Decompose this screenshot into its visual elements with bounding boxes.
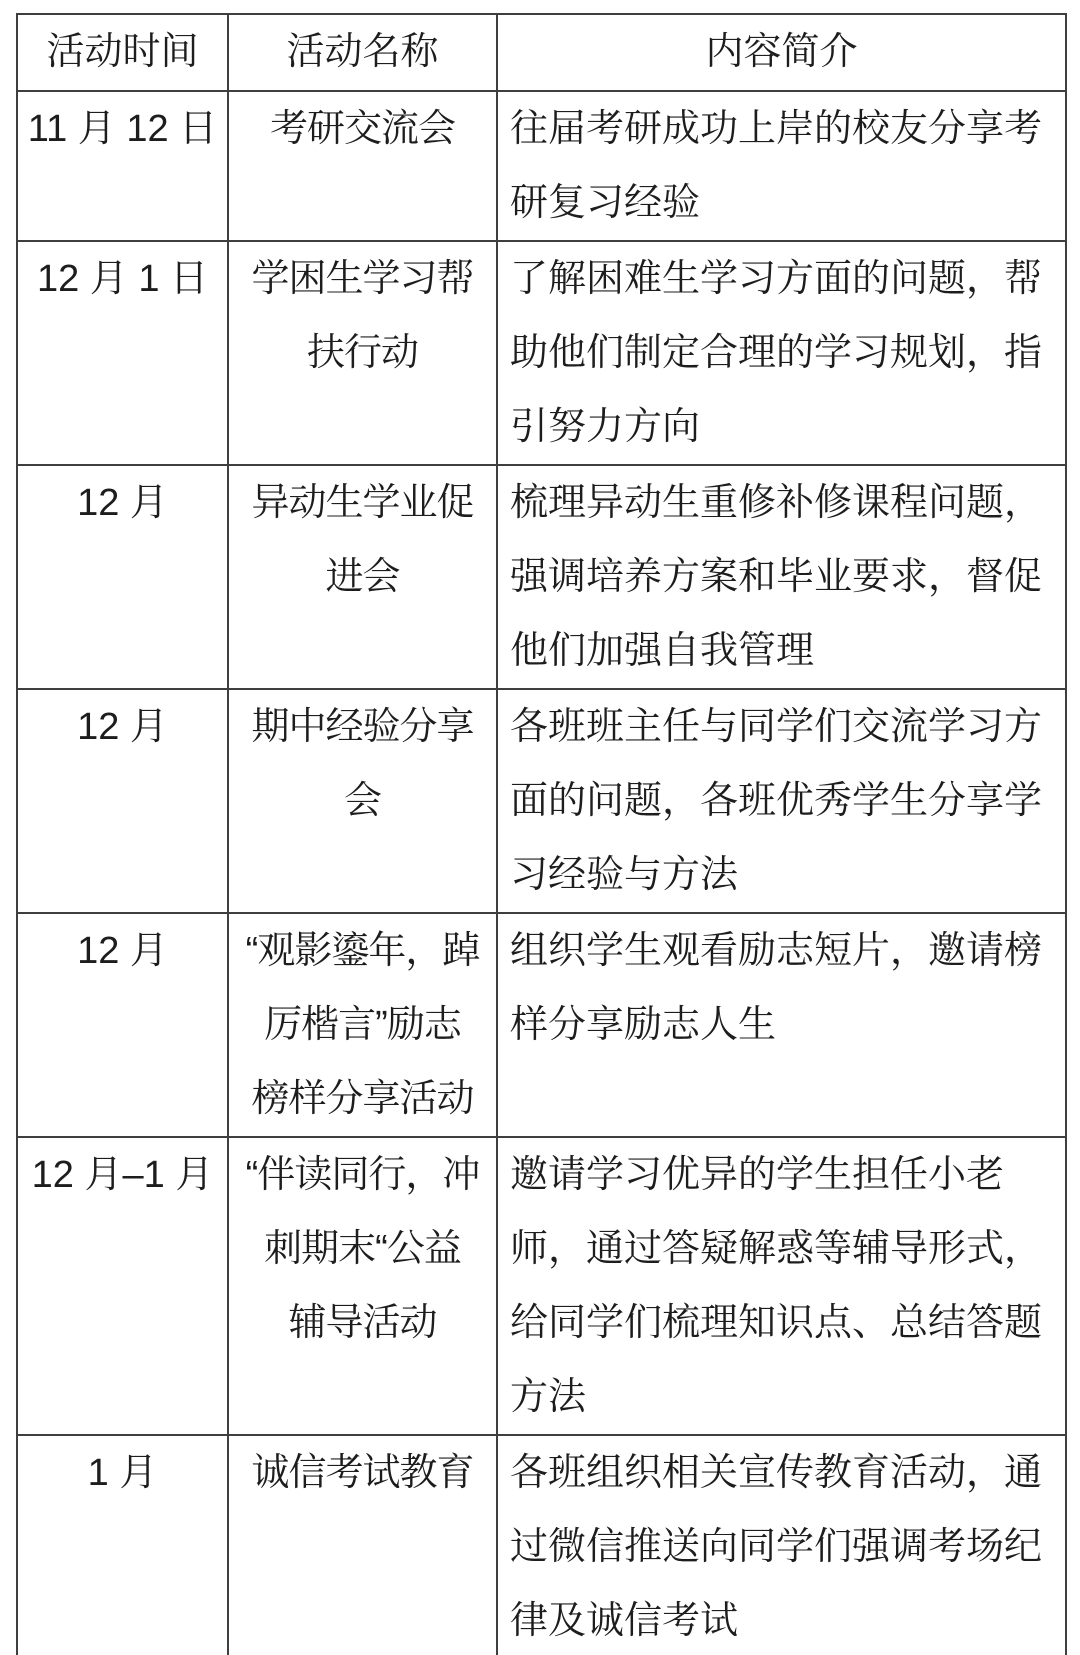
cell-activity-name: 诚信考试教育 (228, 1435, 497, 1655)
cell-activity-name: “观影鎏年，踔 厉楷言”励志 榜样分享活动 (228, 913, 497, 1137)
table-row: 12 月–1 月 “伴读同行，冲 刺期末“公益 辅导活动 邀请学习优异的学生担任… (17, 1137, 1066, 1435)
cell-activity-time: 12 月 (17, 913, 228, 1137)
header-content-intro: 内容简介 (497, 14, 1066, 91)
table-row: 1 月 诚信考试教育 各班组织相关宣传教育活动，通 过微信推送向同学们强调考场纪… (17, 1435, 1066, 1655)
document-page: 活动时间 活动名称 内容简介 11 月 12 日 考研交流会 往届考研成功上岸的… (0, 0, 1080, 1655)
table-row: 11 月 12 日 考研交流会 往届考研成功上岸的校友分享考 研复习经验 (17, 91, 1066, 241)
cell-activity-time: 12 月 1 日 (17, 241, 228, 465)
cell-activity-time: 12 月 (17, 689, 228, 913)
header-row: 活动时间 活动名称 内容简介 (17, 14, 1066, 91)
cell-activity-name: “伴读同行，冲 刺期末“公益 辅导活动 (228, 1137, 497, 1435)
cell-activity-desc: 组织学生观看励志短片，邀请榜 样分享励志人生 (497, 913, 1066, 1137)
cell-activity-time: 12 月 (17, 465, 228, 689)
cell-activity-time: 11 月 12 日 (17, 91, 228, 241)
cell-activity-name: 期中经验分享 会 (228, 689, 497, 913)
cell-activity-time: 12 月–1 月 (17, 1137, 228, 1435)
table-row: 12 月 期中经验分享 会 各班班主任与同学们交流学习方 面的问题，各班优秀学生… (17, 689, 1066, 913)
table-row: 12 月 “观影鎏年，踔 厉楷言”励志 榜样分享活动 组织学生观看励志短片，邀请… (17, 913, 1066, 1137)
cell-activity-desc: 各班班主任与同学们交流学习方 面的问题，各班优秀学生分享学 习经验与方法 (497, 689, 1066, 913)
cell-activity-name: 学困生学习帮 扶行动 (228, 241, 497, 465)
activity-schedule-table: 活动时间 活动名称 内容简介 11 月 12 日 考研交流会 往届考研成功上岸的… (16, 13, 1067, 1655)
cell-activity-name: 考研交流会 (228, 91, 497, 241)
cell-activity-desc: 梳理异动生重修补修课程问题， 强调培养方案和毕业要求，督促 他们加强自我管理 (497, 465, 1066, 689)
cell-activity-desc: 邀请学习优异的学生担任小老 师，通过答疑解惑等辅导形式， 给同学们梳理知识点、总… (497, 1137, 1066, 1435)
table-row: 12 月 1 日 学困生学习帮 扶行动 了解困难生学习方面的问题，帮 助他们制定… (17, 241, 1066, 465)
table-row: 12 月 异动生学业促 进会 梳理异动生重修补修课程问题， 强调培养方案和毕业要… (17, 465, 1066, 689)
cell-activity-name: 异动生学业促 进会 (228, 465, 497, 689)
header-activity-name: 活动名称 (228, 14, 497, 91)
cell-activity-desc: 往届考研成功上岸的校友分享考 研复习经验 (497, 91, 1066, 241)
cell-activity-desc: 了解困难生学习方面的问题，帮 助他们制定合理的学习规划，指 引努力方向 (497, 241, 1066, 465)
cell-activity-time: 1 月 (17, 1435, 228, 1655)
header-activity-time: 活动时间 (17, 14, 228, 91)
cell-activity-desc: 各班组织相关宣传教育活动，通 过微信推送向同学们强调考场纪 律及诚信考试 (497, 1435, 1066, 1655)
